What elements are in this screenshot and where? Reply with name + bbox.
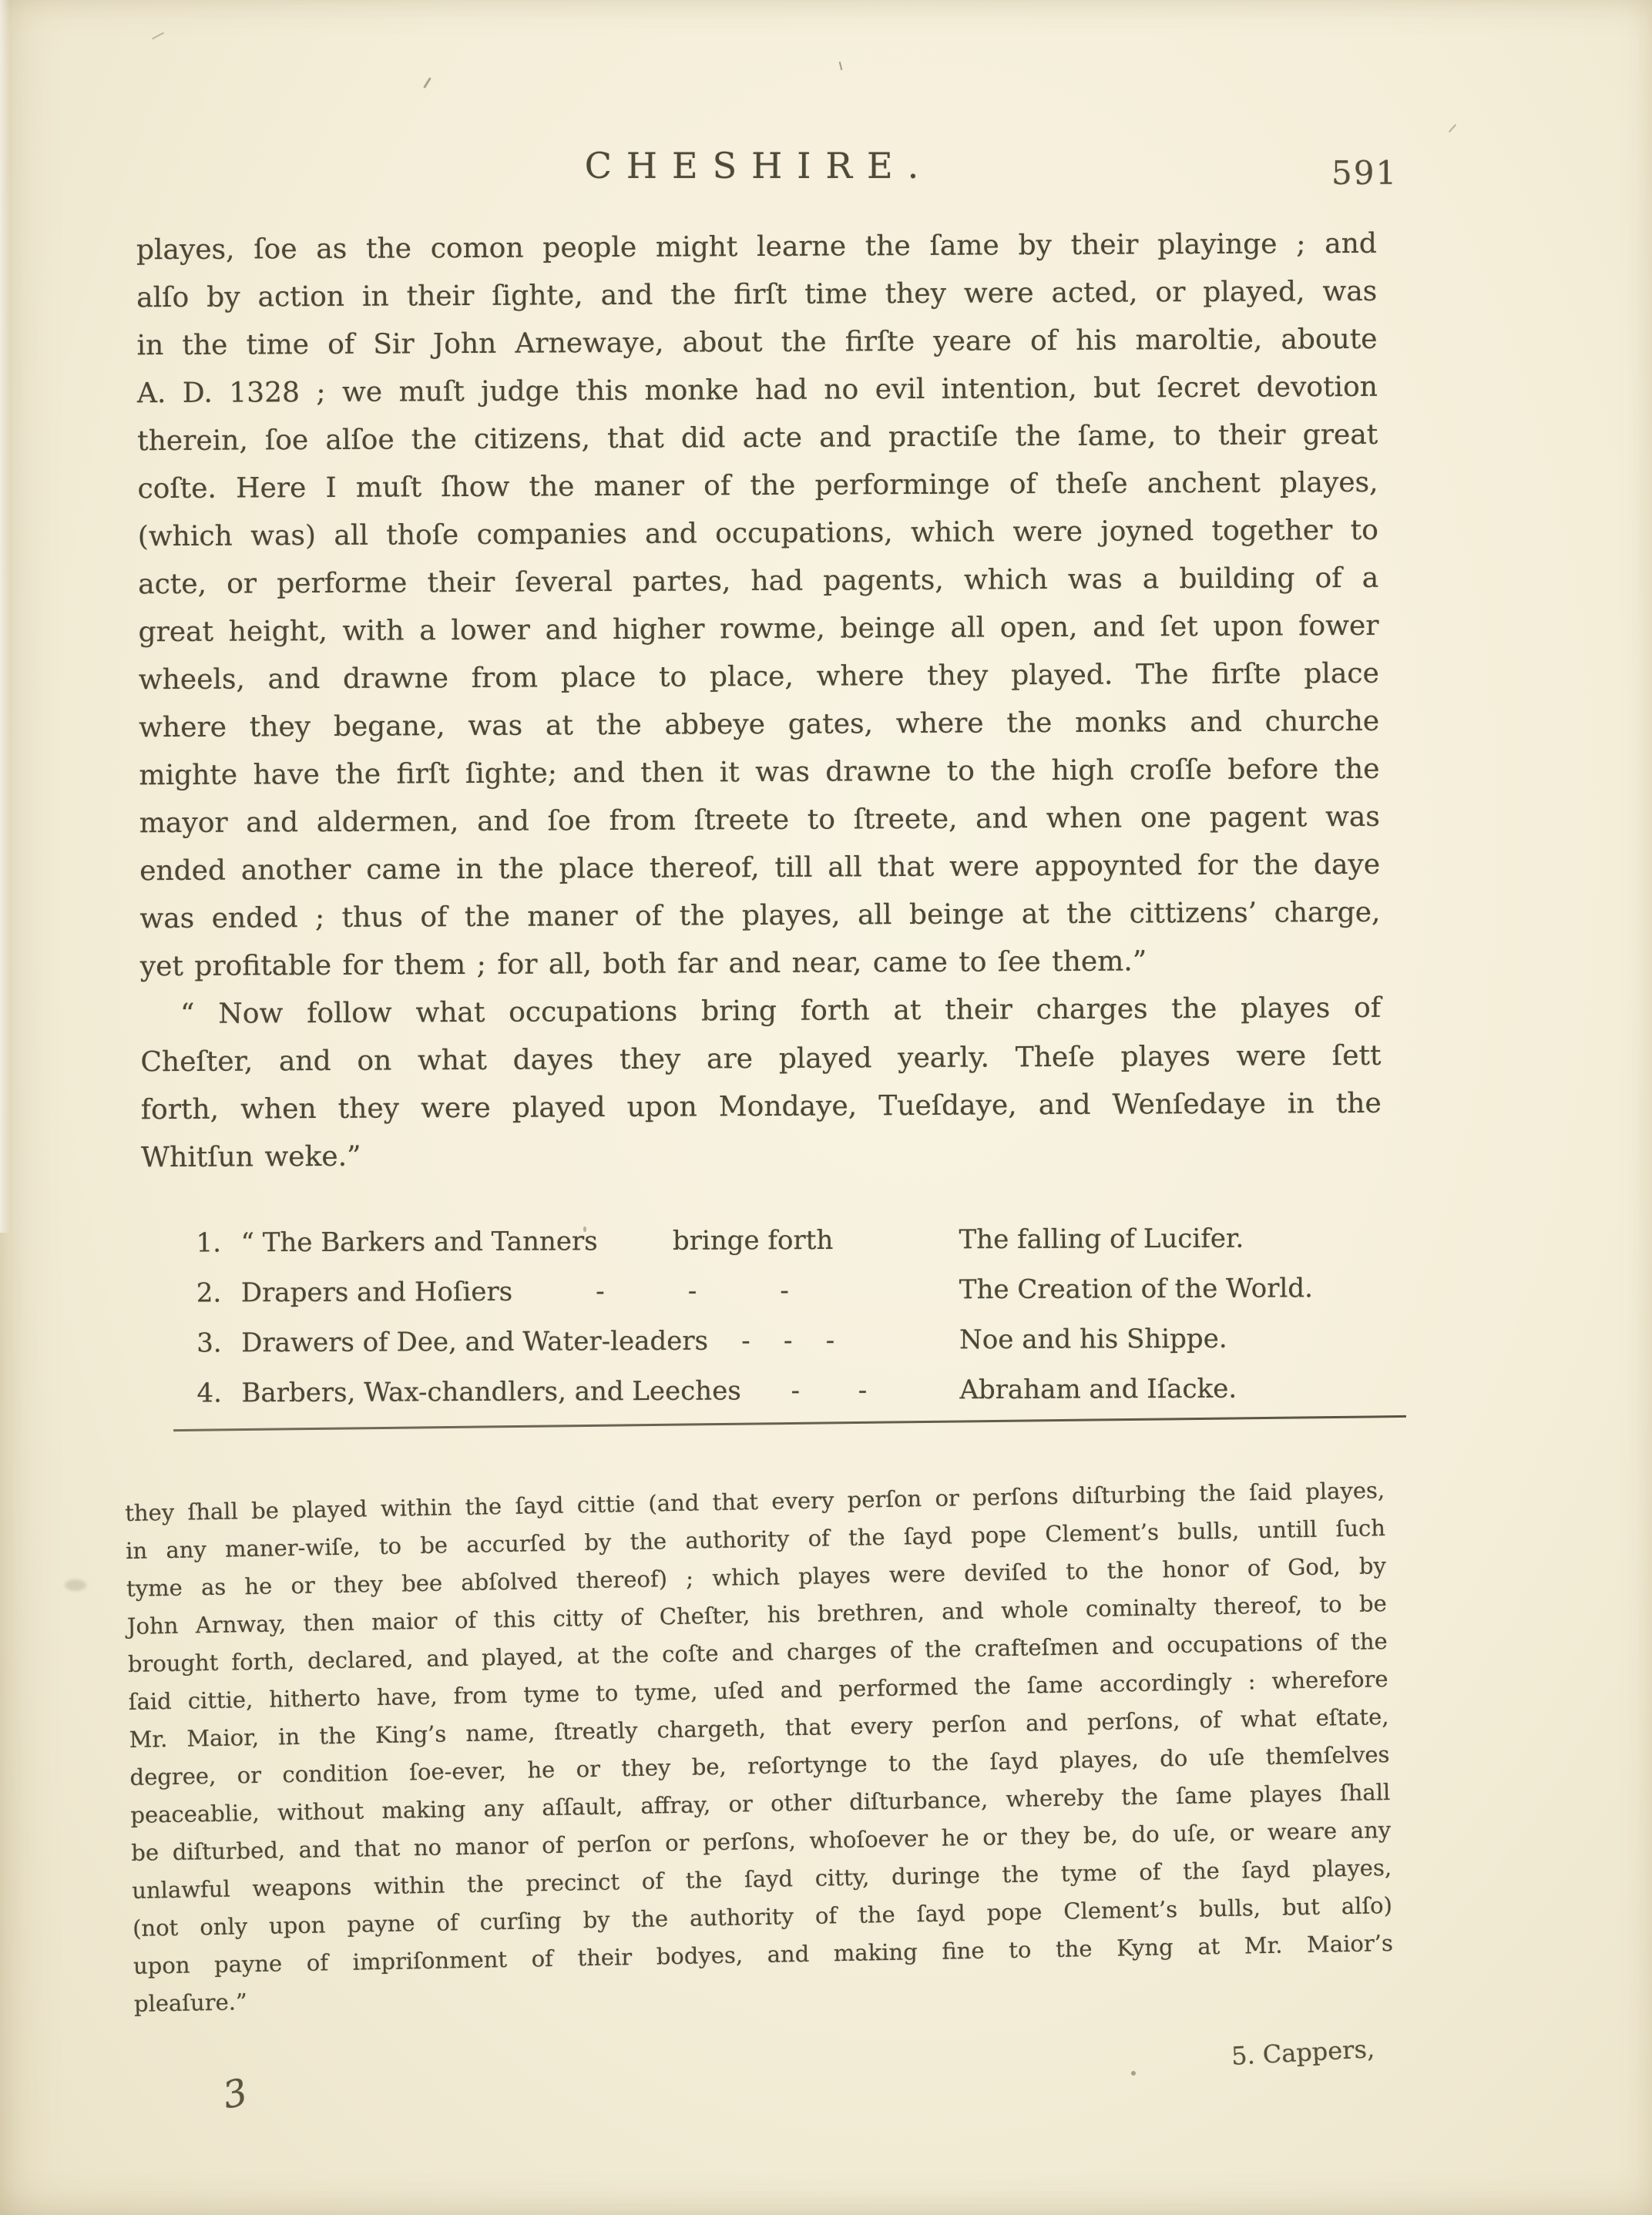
book-page-scan: CHESHIRE. 591 playes, ſoe as the comon p… (0, 0, 1652, 2215)
page-title: CHESHIRE. (585, 145, 934, 186)
text-line: “ Now follow what occupations bring fort… (140, 985, 1381, 1039)
guild-names: “ The Barkers and Tanners bringe forth (240, 1215, 959, 1268)
scan-speck (1131, 2071, 1136, 2076)
text-line: was ended ; thus of the maner of the pla… (139, 889, 1380, 943)
row-number: 2. (196, 1268, 241, 1318)
guild-play-list: 1. “ The Barkers and Tanners bringe fort… (196, 1213, 1445, 1418)
text-line: Cheſter, and on what dayes they are play… (140, 1032, 1381, 1086)
text-line: A. D. 1328 ; we muſt judge this monke ha… (137, 364, 1378, 418)
text-line: great height, with a lower and higher ro… (138, 602, 1378, 656)
running-head: CHESHIRE. (139, 145, 1379, 186)
row-number: 4. (196, 1368, 241, 1418)
text-line: acte, or performe their ſeveral partes, … (138, 555, 1378, 609)
scan-speck (583, 1227, 586, 1232)
catchword: 5. Cappers, (1231, 2034, 1375, 2071)
play-title: Abraham and Iſacke. (959, 1363, 1445, 1415)
play-list-row: 3. Drawers of Dee, and Water-leaders - -… (196, 1313, 1445, 1368)
text-line: in the time of Sir John Arnewaye, about … (136, 316, 1377, 370)
scan-speck (1449, 124, 1456, 133)
scan-speck (839, 62, 843, 70)
guild-names: Drawers of Dee, and Water-leaders - - - (241, 1315, 959, 1368)
text-line: coſte. Here I muſt ſhow the maner of the… (137, 459, 1378, 513)
play-list-row: 1. “ The Barkers and Tanners bringe fort… (196, 1213, 1444, 1268)
text-line: forth, when they were played upon Monday… (141, 1080, 1382, 1134)
row-number: 1. (196, 1218, 240, 1268)
guild-names: Drapers and Hoſiers - - - (241, 1265, 959, 1318)
play-title: Noe and his Shippe. (959, 1313, 1445, 1365)
text-line: Whitſun weke.” (141, 1128, 1382, 1182)
scan-speck (152, 32, 164, 40)
footnote-block: they ſhall be played within the ſayd cit… (125, 1472, 1394, 2023)
guild-names: Barbers, Wax-chandlers, and Leeches - - (241, 1365, 959, 1418)
scan-edge-highlight (0, 0, 10, 1233)
text-line: therein, ſoe alſoe the citizens, that di… (137, 411, 1378, 465)
scan-smudge (65, 1579, 86, 1591)
signature-mark: 3 (220, 2070, 252, 2117)
play-list-row: 2. Drapers and Hoſiers - - - The Creatio… (196, 1263, 1445, 1318)
page-number: 591 (1331, 154, 1398, 192)
row-number: 3. (196, 1318, 241, 1368)
main-text-block: playes, ſoe as the comon people might le… (136, 220, 1382, 1182)
text-line: ended another came in the place thereof,… (139, 841, 1380, 895)
play-list-row: 4. Barbers, Wax-chandlers, and Leeches -… (196, 1363, 1445, 1418)
scan-speck (423, 77, 431, 88)
text-line: where they begane, was at the abbeye gat… (139, 698, 1379, 752)
play-title: The falling of Lucifer. (959, 1213, 1444, 1265)
text-line: mighte have the firſt ſighte; and then i… (139, 746, 1379, 800)
text-line: alſo by action in their ſighte, and the … (136, 268, 1377, 322)
text-line: (which was) all thoſe companies and occu… (138, 507, 1378, 561)
play-title: The Creation of the World. (959, 1263, 1445, 1315)
text-line: mayor and aldermen, and ſoe from ſtreete… (139, 794, 1380, 847)
text-line: playes, ſoe as the comon people might le… (136, 220, 1377, 274)
text-line: wheels, and drawne from place to place, … (139, 650, 1379, 704)
text-line: yet profitable for them ; for all, both … (140, 937, 1381, 991)
